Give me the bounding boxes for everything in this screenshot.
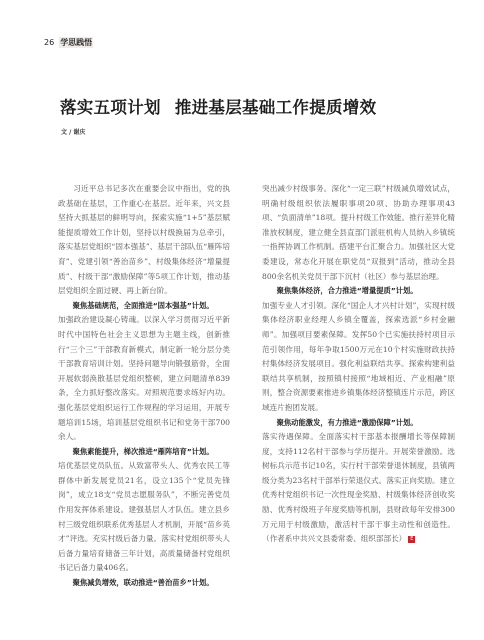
end-mark-icon: E [408, 536, 415, 543]
paragraph: 培优基层党员队伍。从致富带头人、优秀农民工等群体中新发展党员21名，设立135个… [58, 459, 230, 576]
section-lead: 聚焦素能提升，梯次推进“雁阵培育”计划。 [58, 445, 230, 460]
paragraph: 突出减少村级事务。深化“一定三联”村级减负增效试点，明确村级组织依法履职事项20… [262, 182, 455, 284]
body-column-left: 习近平总书记多次在重要会议中指出，党的执政基础在基层，工作重心在基层。近年来，兴… [58, 182, 230, 591]
section-lead: 聚焦动能激发，有力推进“激励保障”计划。 [262, 416, 455, 431]
section-lead: 聚焦基础规范，全面推进“固本强基”计划。 [58, 299, 230, 314]
paragraph-final: 落实待遇保障。全面落实村干部基本报酬增长等保障制度，支持112名村干部参与学历提… [262, 430, 455, 547]
paragraph-text: 落实待遇保障。全面落实村干部基本报酬增长等保障制度，支持112名村干部参与学历提… [262, 432, 455, 543]
paragraph: 加强政治建设凝心铸魂。以深入学习贯彻习近平新时代中国特色社会主义思想为主题主线，… [58, 313, 230, 444]
page-number: 26 [44, 38, 54, 47]
section-name: 学思践悟 [59, 37, 93, 48]
paragraph: 习近平总书记多次在重要会议中指出，党的执政基础在基层，工作重心在基层。近年来，兴… [58, 182, 230, 299]
article-title: 落实五项计划推进基层基础工作提质增效 [60, 94, 440, 118]
byline: 文 / 谢庆 [61, 127, 85, 136]
title-part-2: 推进基层基础工作提质增效 [175, 98, 377, 117]
title-part-1: 落实五项计划 [60, 98, 161, 117]
section-lead: 聚焦集体经济，合力推进“增量提质”计划。 [262, 284, 455, 299]
running-head: 26 学思践悟 [44, 37, 93, 48]
paragraph: 加强专业人才引领。深化“国企人才兴村计划”，实现村级集体经济职业经理人乡镇全覆盖… [262, 299, 455, 416]
section-lead: 聚焦减负增效，联动推进“善治苗乡”计划。 [58, 576, 230, 591]
body-column-right: 突出减少村级事务。深化“一定三联”村级减负增效试点，明确村级组织依法履职事项20… [262, 182, 455, 547]
